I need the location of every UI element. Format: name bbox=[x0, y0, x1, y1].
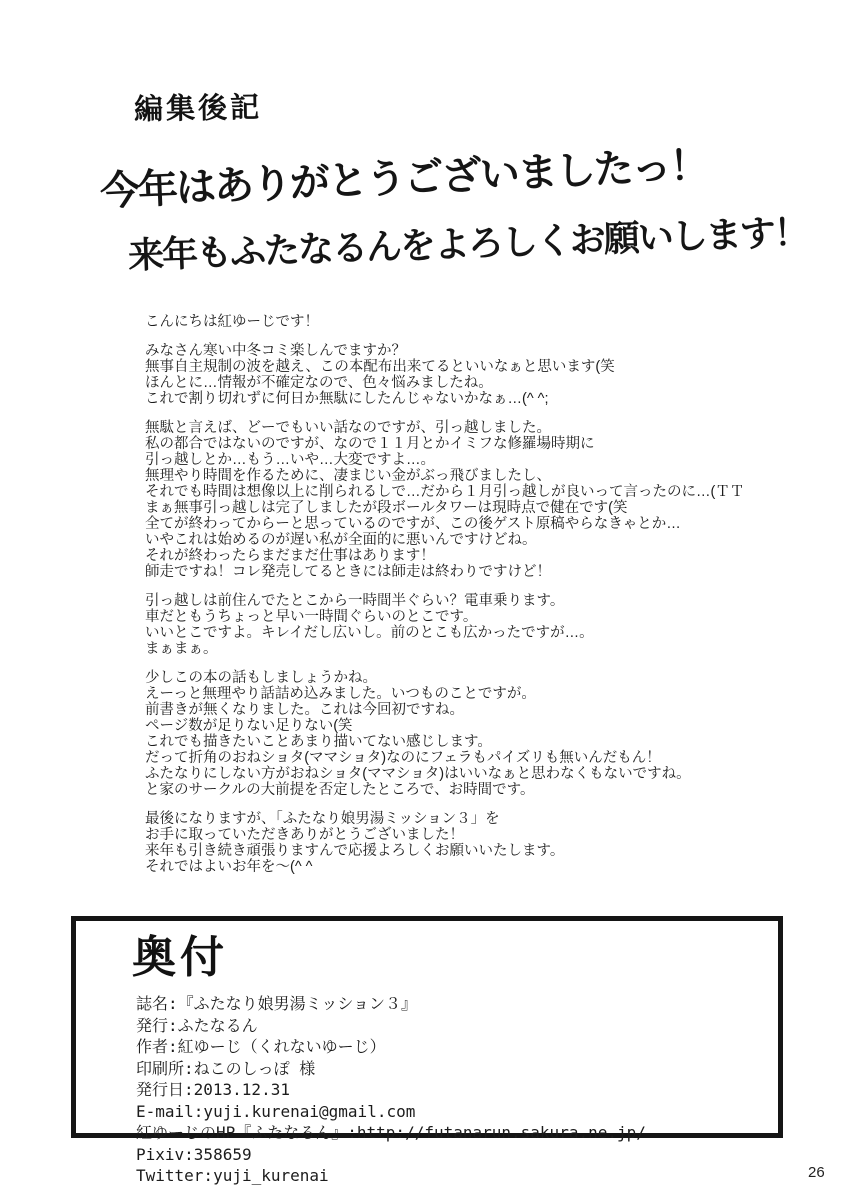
text-line: だって折角のおねショタ(ママショタ)なのにフェラもパイズリも無いんだもん！ bbox=[145, 750, 744, 766]
paragraph: 無駄と言えば、どーでもいい話なのですが、引っ越しました。私の都合ではないのですが… bbox=[145, 420, 744, 580]
colophon-line: Twitter:yuji_kurenai bbox=[136, 1165, 778, 1187]
text-line: いいとこですよ。キレイだし広いし。前のとこも広かったですが…。 bbox=[145, 625, 744, 641]
paragraph: 引っ越しは前住んでたとこから一時間半ぐらい？電車乗ります。車だともうちょっと早い… bbox=[145, 593, 744, 657]
text-line: 前書きが無くなりました。これは今回初ですね。 bbox=[145, 702, 744, 718]
text-line: 少しこの本の話もしましょうかね。 bbox=[145, 670, 744, 686]
colophon-title: 奥付 bbox=[132, 935, 778, 981]
text-line: ほんとに…情報が不確定なので、色々悩みましたね。 bbox=[145, 375, 744, 391]
text-line: ページ数が足りない足りない(笑 bbox=[145, 718, 744, 734]
text-line: 車だともうちょっと早い一時間ぐらいのとこです。 bbox=[145, 609, 744, 625]
page-number: 26 bbox=[808, 1164, 825, 1181]
text-line: お手に取っていただきありがとうございました！ bbox=[145, 827, 744, 843]
text-line: まぁまぁ。 bbox=[145, 641, 744, 657]
text-line: それではよいお年を～(^ ^ bbox=[145, 859, 744, 875]
colophon-line: 誌名:『ふたなり娘男湯ミッション３』 bbox=[136, 993, 778, 1015]
text-line: まぁ無事引っ越しは完了しましたが段ボールタワーは現時点で健在です(笑 bbox=[145, 500, 744, 516]
afterword-paragraphs: こんにちは紅ゆーじです！みなさん寒い中冬コミ楽しんでますか？無事自主規制の波を越… bbox=[145, 314, 744, 888]
colophon-line: E-mail:yuji.kurenai@gmail.com bbox=[136, 1101, 778, 1123]
handwritten-greeting-line2: 来年もふたなるんをよろしくお願いします！ bbox=[127, 204, 808, 279]
text-line: 引っ越しとか…もう…いや…大変ですよ…。 bbox=[145, 452, 744, 468]
text-line: ふたなりにしない方がおねショタ(ママショタ)はいいなぁと思わなくもないですね。 bbox=[145, 766, 744, 782]
paragraph: みなさん寒い中冬コミ楽しんでますか？無事自主規制の波を越え、この本配布出来てると… bbox=[145, 343, 744, 407]
text-line: 最後になりますが、「ふたなり娘男湯ミッション３」を bbox=[145, 811, 744, 827]
text-line: これで割り切れずに何日か無駄にしたんじゃないかなぁ…(^ ^; bbox=[145, 391, 744, 407]
paragraph: 少しこの本の話もしましょうかね。えーっと無理やり話詰め込みました。いつものことで… bbox=[145, 670, 744, 798]
page-title: 編集後記 bbox=[134, 85, 263, 128]
text-line: それでも時間は想像以上に削られるしで…だから１月引っ越しが良いって言ったのに…(… bbox=[145, 484, 744, 500]
colophon-line: Pixiv:358659 bbox=[136, 1144, 778, 1166]
text-line: いやこれは始めるのが遅い私が全面的に悪いんですけどね。 bbox=[145, 532, 744, 548]
text-line: 来年も引き続き頑張りますんで応援よろしくお願いいたします。 bbox=[145, 843, 744, 859]
colophon-line: 発行:ふたなるん bbox=[136, 1015, 778, 1037]
paragraph: 最後になりますが、「ふたなり娘男湯ミッション３」をお手に取っていただきありがとう… bbox=[145, 811, 744, 875]
text-line: 無事自主規制の波を越え、この本配布出来てるといいなぁと思います(笑 bbox=[145, 359, 744, 375]
colophon-line: 作者:紅ゆーじ（くれないゆーじ） bbox=[136, 1036, 778, 1058]
colophon-line: 発行日:2013.12.31 bbox=[136, 1079, 778, 1101]
text-line: 引っ越しは前住んでたとこから一時間半ぐらい？電車乗ります。 bbox=[145, 593, 744, 609]
text-line: 無駄と言えば、どーでもいい話なのですが、引っ越しました。 bbox=[145, 420, 744, 436]
text-line: こんにちは紅ゆーじです！ bbox=[145, 314, 744, 330]
colophon-lines: 誌名:『ふたなり娘男湯ミッション３』発行:ふたなるん作者:紅ゆーじ（くれないゆー… bbox=[136, 993, 778, 1187]
colophon-box: 奥付 誌名:『ふたなり娘男湯ミッション３』発行:ふたなるん作者:紅ゆーじ（くれな… bbox=[71, 916, 783, 1138]
text-line: みなさん寒い中冬コミ楽しんでますか？ bbox=[145, 343, 744, 359]
text-line: と家のサークルの大前提を否定したところで、お時間です。 bbox=[145, 782, 744, 798]
handwritten-greeting-line1: 今年はありがとうございましたっ！ bbox=[99, 134, 709, 217]
text-line: えーっと無理やり話詰め込みました。いつものことですが。 bbox=[145, 686, 744, 702]
colophon-line: 印刷所:ねこのしっぽ 様 bbox=[136, 1058, 778, 1080]
text-line: 無理やり時間を作るために、凄まじい金がぶっ飛びましたし、 bbox=[145, 468, 744, 484]
text-line: それが終わったらまだまだ仕事はあります！ bbox=[145, 548, 744, 564]
text-line: 私の都合ではないのですが、なので１１月とかイミフな修羅場時期に bbox=[145, 436, 744, 452]
text-line: これでも描きたいことあまり描いてない感じします。 bbox=[145, 734, 744, 750]
text-line: 師走ですね！コレ発売してるときには師走は終わりですけど！ bbox=[145, 564, 744, 580]
text-line: 全てが終わってからーと思っているのですが、この後ゲスト原稿やらなきゃとか… bbox=[145, 516, 744, 532]
scanned-afterword-page: 編集後記 今年はありがとうございましたっ！ 来年もふたなるんをよろしくお願いしま… bbox=[0, 0, 849, 1200]
colophon-line: 紅ゆーじのHP『ふたなるん』:http://futanarun.sakura.n… bbox=[136, 1122, 778, 1144]
paragraph: こんにちは紅ゆーじです！ bbox=[145, 314, 744, 330]
